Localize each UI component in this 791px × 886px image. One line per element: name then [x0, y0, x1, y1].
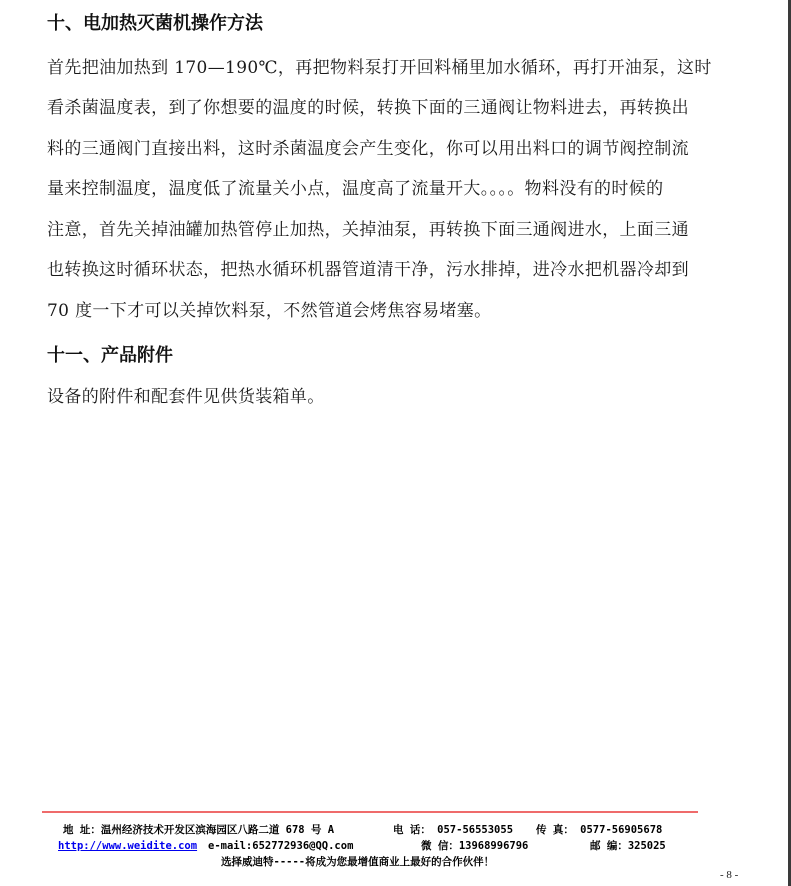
footer-slogan: 选择威迪特-----将成为您最增值商业上最好的合作伙伴！	[221, 855, 494, 869]
paragraph-line: 首先把油加热到 170—190℃，再把物料泵打开回料桶里加水循环，再打开油泵，这…	[47, 56, 712, 80]
address-value: 温州经济技术开发区滨海园区八路二道 678 号 A	[101, 824, 334, 836]
phone-value: 057-56553055	[437, 824, 513, 836]
footer-fax: 传 真： 0577-56905678	[536, 823, 662, 837]
footer-address: 地 址：温州经济技术开发区滨海园区八路二道 678 号 A	[63, 823, 334, 837]
fax-label: 传 真：	[536, 824, 574, 836]
paragraph-line: 70 度一下才可以关掉饮料泵，不然管道会烤焦容易堵塞。	[47, 299, 491, 323]
page-number: - 8 -	[720, 869, 738, 881]
section-11-heading: 十一、产品附件	[47, 344, 173, 368]
website-link[interactable]: http://www.weidite.com	[58, 840, 197, 852]
paragraph-line: 看杀菌温度表，到了你想要的温度的时候，转换下面的三通阀让物料进去，再转换出	[47, 96, 689, 120]
section-10-heading: 十、电加热灭菌机操作方法	[47, 12, 263, 36]
section-11-body: 设备的附件和配套件见供货装箱单。	[47, 385, 325, 409]
footer-phone: 电 话： 057-56553055	[393, 823, 513, 837]
paragraph-line: 也转换这时循环状态，把热水循环机器管道清干净，污水排掉，进冷水把机器冷却到	[47, 258, 689, 282]
footer-postcode: 邮 编：325025	[590, 839, 666, 853]
address-label: 地 址：	[63, 824, 101, 836]
footer-website[interactable]: http://www.weidite.com	[58, 839, 197, 853]
wechat-value: 13968996796	[459, 840, 529, 852]
postcode-value: 325025	[628, 840, 666, 852]
postcode-label: 邮 编：	[590, 840, 628, 852]
paragraph-line: 料的三通阀门直接出料，这时杀菌温度会产生变化，你可以用出料口的调节阀控制流	[47, 137, 689, 161]
phone-label: 电 话：	[393, 824, 431, 836]
footer-email: e-mail:652772936@QQ.com	[208, 839, 353, 853]
footer-wechat: 微 信：13968996796	[421, 839, 528, 853]
footer-divider	[42, 811, 698, 813]
fax-value: 0577-56905678	[580, 824, 662, 836]
wechat-label: 微 信：	[421, 840, 459, 852]
paragraph-line: 量来控制温度，温度低了流量关小点，温度高了流量开大。。。。物料没有的时候的	[47, 177, 663, 201]
paragraph-line: 注意，首先关掉油罐加热管停止加热，关掉油泵，再转换下面三通阀进水，上面三通	[47, 218, 689, 242]
